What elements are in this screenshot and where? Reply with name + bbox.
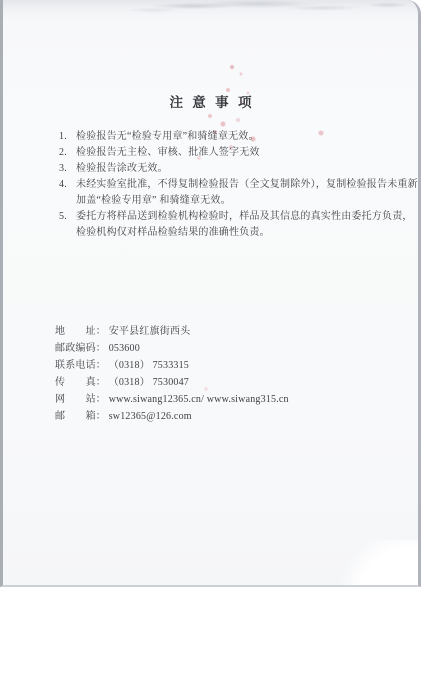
contact-row-website: 网 站： www.siwang12365.cn/ www.siwang315.c…	[55, 391, 289, 408]
contact-value: （0318） 7530047	[109, 374, 189, 391]
contact-value: 053600	[109, 340, 140, 357]
contact-value: （0318） 7533315	[109, 357, 189, 374]
contact-label: 邮 箱：	[55, 408, 106, 425]
contact-label: 邮政编码：	[55, 340, 106, 357]
note-line: 委托方将样品送到检验机构检验时，样品及其信息的真实性由委托方负责，	[76, 211, 413, 222]
contact-row-postcode: 邮政编码： 053600	[55, 340, 289, 357]
note-line: 检验报告无“检验专用章”和骑缝章无效。	[76, 131, 259, 142]
note-text: 检验报告无主检、审核、批准人签字无效	[76, 145, 379, 161]
note-line: 未经实验室批准，不得复制检验报告（全文复制除外），复制检验报告未重新	[76, 179, 418, 190]
contact-block: 地 址： 安平县红旗街西头 邮政编码： 053600 联系电话： （0318） …	[55, 323, 289, 425]
contact-row-phone: 联系电话： （0318） 7533315	[55, 357, 289, 374]
note-text: 未经实验室批准，不得复制检验报告（全文复制除外），复制检验报告未重新 加盖“检验…	[76, 177, 418, 209]
note-item-5: 5. 委托方将样品送到检验机构检验时，样品及其信息的真实性由委托方负责， 检验机…	[59, 209, 379, 241]
note-text: 检验报告涂改无效。	[76, 161, 379, 177]
stamp-bleed-marks	[3, 0, 421, 587]
page-title: 注 意 事 项	[3, 91, 421, 111]
note-number: 2.	[59, 145, 76, 161]
note-line: 检验报告涂改无效。	[76, 163, 168, 174]
note-item-2: 2. 检验报告无主检、审核、批准人签字无效	[59, 145, 379, 161]
note-item-3: 3. 检验报告涂改无效。	[59, 161, 379, 177]
contact-label: 联系电话：	[55, 357, 106, 374]
contact-value: sw12365@126.com	[109, 408, 192, 425]
screenshot-root: 注 意 事 项 1. 检验报告无“检验专用章”和骑缝章无效。 2. 检验报告无主…	[0, 0, 424, 700]
note-line: 加盖“检验专用章” 和骑缝章无效。	[76, 195, 231, 206]
contact-row-address: 地 址： 安平县红旗街西头	[55, 323, 289, 340]
note-line: 检验机构仅对样品检验结果的准确性负责。	[76, 227, 270, 238]
contact-value: 安平县红旗街西头	[109, 323, 191, 340]
contact-row-email: 邮 箱： sw12365@126.com	[55, 408, 289, 425]
contact-label: 地 址：	[55, 323, 106, 340]
note-text: 检验报告无“检验专用章”和骑缝章无效。	[76, 129, 379, 145]
contact-label: 传 真：	[55, 374, 106, 391]
page-corner-curl	[338, 540, 418, 585]
scanned-page: 注 意 事 项 1. 检验报告无“检验专用章”和骑缝章无效。 2. 检验报告无主…	[0, 0, 421, 587]
note-number: 5.	[59, 209, 76, 225]
note-item-4: 4. 未经实验室批准，不得复制检验报告（全文复制除外），复制检验报告未重新 加盖…	[59, 177, 379, 209]
contact-label: 网 站：	[55, 391, 106, 408]
note-line: 检验报告无主检、审核、批准人签字无效	[76, 147, 260, 158]
contact-value: www.siwang12365.cn/ www.siwang315.cn	[109, 391, 289, 408]
note-number: 4.	[59, 177, 76, 193]
note-number: 1.	[59, 129, 76, 145]
notes-list: 1. 检验报告无“检验专用章”和骑缝章无效。 2. 检验报告无主检、审核、批准人…	[59, 129, 379, 241]
scan-noise-band	[3, 0, 421, 16]
contact-row-fax: 传 真： （0318） 7530047	[55, 374, 289, 391]
note-item-1: 1. 检验报告无“检验专用章”和骑缝章无效。	[59, 129, 379, 145]
note-text: 委托方将样品送到检验机构检验时，样品及其信息的真实性由委托方负责， 检验机构仅对…	[76, 209, 413, 241]
note-number: 3.	[59, 161, 76, 177]
